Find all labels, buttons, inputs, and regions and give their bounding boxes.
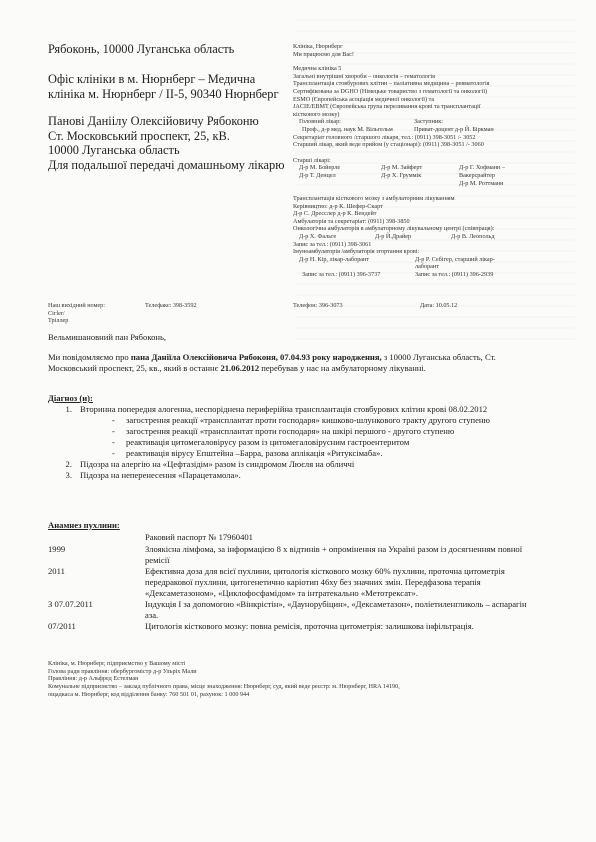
senior-doctor: Д-р Х. Груммік: [381, 172, 459, 180]
immuno-phone-right: Запис за тел.: (0911) 396-2939: [415, 271, 493, 279]
oncology-title: Онкологічна амбулаторія в амбулаторному …: [293, 225, 583, 233]
diagnosis-subitem: -реактивація вірусу Епштейна –Барра, раз…: [48, 448, 538, 459]
immuno-doctor-right-cont: лаборант: [415, 263, 495, 271]
transplant-doctors: Д-р С. Дресслер д-р К. Вендейт: [293, 210, 583, 218]
sender-line: Рябоконь, 10000 Луганська область: [48, 42, 234, 57]
deputy-label: Заступник:: [414, 118, 443, 126]
senior-reception-phone: Старший лікар, який веде прийом (у стаці…: [293, 141, 583, 149]
department-line: кісткового мозку): [293, 111, 583, 119]
history-text: Індукція І за допомогою «Вінкрістін», «Д…: [145, 599, 538, 621]
department-line: Медична клініка 5: [293, 65, 583, 73]
oncology-doctor: Д-р Й.Драйер: [375, 233, 451, 241]
department-info: Медична клініка 5 Загальні внутрішні хво…: [293, 65, 583, 118]
clinic-slogan: Ми працюємо для Вас!: [293, 51, 583, 59]
department-line: ESMO (Європейська асоціація медичної онк…: [293, 96, 583, 104]
chief-names: Проф., д-р мед. наук М. Вільгельм Приват…: [293, 126, 583, 134]
history-text: Злоякісна лімфома, за інформацією 8 х ві…: [145, 544, 538, 566]
diagnosis-number: 1.: [48, 404, 72, 415]
our-number-cont: Тріллер: [48, 317, 108, 325]
dash-bullet-icon: -: [112, 448, 126, 459]
diagnosis-text: Вторинна попередня алогенна, неспоріднен…: [80, 404, 538, 415]
chief-labels: Головний лікар: Заступник:: [293, 118, 583, 126]
recipient-street: Ст. Московський проспект, 25, кВ.: [48, 129, 285, 144]
cancer-passport: Раковий паспорт № 17960401: [145, 532, 253, 543]
diagnosis-number: 2.: [48, 459, 72, 470]
immuno-doctors: Д-р Н. Кір, лікар-лаборант Д-р Р. Себіге…: [293, 256, 583, 271]
diagnosis-text: Підозра на алергію на «Цефтазідім» разом…: [80, 459, 538, 470]
history-date: 07/2011: [48, 621, 145, 632]
footer-line: Правління: д-р Альфред Естелман: [48, 675, 568, 683]
secretariat-phone: Секретаріат головного /старшого лікаря, …: [293, 134, 583, 142]
chief-name: Проф., д-р мед. наук М. Вільгельм: [302, 126, 414, 134]
footer-line: Голова ради правління: обербургомістр д-…: [48, 668, 568, 676]
history-heading: Анамнез пухлини:: [48, 520, 120, 531]
transplant-head: Керівництво: д-р К. Шефер-Скарт: [293, 203, 583, 211]
department-line: JACIE/EBMT (Європейська група переливанн…: [293, 103, 583, 111]
senior-doctor: Д-р М. Роттманн: [459, 180, 505, 188]
diagnosis-subitem-text: реактивація цитомегаловірусу разом із ци…: [126, 437, 538, 448]
oncology-doctor: Д-р Х. Фальге: [299, 233, 375, 241]
office-line-2: клініка м. Нюрнберг / II-5, 90340 Нюрнбе…: [48, 87, 279, 102]
immuno-title: Імуноамбулаторія /амбулаторія згортання …: [293, 248, 583, 256]
recipient-region: 10000 Луганська область: [48, 143, 285, 158]
history-row: 1999Злоякісна лімфома, за інформацією 8 …: [48, 544, 538, 566]
oncology-doctor: Д-р В. Леопольд: [451, 233, 495, 241]
senior-doctor: Д-р М. Зайферт: [381, 164, 459, 172]
history-text: Цитологія кісткового мозку: повна ремісі…: [145, 621, 538, 632]
footer-line: ощадкаса м. Нюрнберг, код відділення бан…: [48, 691, 568, 699]
intro-text: Ми повідомляємо про: [48, 352, 131, 362]
diagnosis-item: 1.Вторинна попередня алогенна, неспорідн…: [48, 404, 538, 415]
diagnosis-subitem-text: загострення реакції «трансплантат проти …: [126, 415, 538, 426]
immuno-phones: Запис за тел.: (0911) 396-3737 Запис за …: [293, 271, 583, 279]
diagnosis-item: 3.Підозра на неперенесення «Парацетамола…: [48, 470, 538, 481]
department-line: Сертифікована за DGHO (Німецьке товарист…: [293, 88, 583, 96]
senior-doctor: Д-р Г. Хофманн –: [459, 164, 505, 172]
oncology-phone: Запис за тел.: (0911) 398-3061: [293, 241, 583, 249]
senior-doctor: Д-р Т. Денцел: [299, 172, 381, 180]
clinic-office-address: Офіс клініки в м. Нюрнберг – Медична клі…: [48, 72, 279, 101]
diagnosis-text: Підозра на неперенесення «Парацетамола».: [80, 470, 538, 481]
intro-text: перебував у нас на амбулаторному лікуван…: [259, 363, 426, 373]
deputy-name: Приват-доцент д-р Й. Біркман: [414, 126, 494, 134]
dash-bullet-icon: -: [112, 437, 126, 448]
history-row: 2011Ефективна доза для всієї пухлини, ци…: [48, 566, 538, 599]
senior-doctors-label: Старші лікарі:: [293, 157, 583, 165]
senior-doctors: Д-р М. Бойерле Д-р Т. Денцел Д-р М. Зайф…: [293, 164, 583, 187]
dash-bullet-icon: -: [112, 415, 126, 426]
last-visit-date: 21.06.2012: [220, 363, 259, 373]
clinic-name: Клініка, Нюрнберг: [293, 43, 583, 51]
diagnosis-list: 1.Вторинна попередня алогенна, неспорідн…: [48, 404, 538, 481]
department-line: Трансплантація стовбурових клітин – палі…: [293, 80, 583, 88]
transplant-title: Трансплантація кісткового мозку з амбула…: [293, 195, 583, 203]
diagnosis-subitem-text: реактивація вірусу Епштейна –Барра, разо…: [126, 448, 538, 459]
intro-paragraph: Ми повідомляємо про пана Даніїла Олексій…: [48, 352, 523, 374]
history-date: 2011: [48, 566, 145, 599]
history-table: 1999Злоякісна лімфома, за інформацією 8 …: [48, 544, 538, 632]
senior-doctor: Вакерсрайтер: [459, 172, 505, 180]
ambulatory-phone: Амбулаторія та секретаріат: (0911) 398-3…: [293, 218, 583, 226]
diagnosis-heading: Діагноз (и):: [48, 393, 93, 404]
diagnosis-subitem: -реактивація цитомегаловірусу разом із ц…: [48, 437, 538, 448]
oncology-doctors: Д-р Х. Фальге Д-р Й.Драйер Д-р В. Леопол…: [293, 233, 583, 241]
salutation: Вельмишановний пан Рябоконь,: [48, 332, 166, 343]
footer-line: Клініка, м. Нюрнберг, підприємство у Ваш…: [48, 660, 568, 668]
clinic-letterhead: Клініка, Нюрнберг Ми працюємо для Вас! М…: [293, 43, 583, 279]
diagnosis-subitem-text: загострення реакції «трансплантат проти …: [126, 426, 538, 437]
chief-label: Головний лікар:: [299, 118, 414, 126]
dash-bullet-icon: -: [112, 426, 126, 437]
history-date: З 07.07.2011: [48, 599, 145, 621]
diagnosis-subitem: -загострення реакції «трансплантат проти…: [48, 426, 538, 437]
immuno-doctor-right: Д-р Р. Себігер, старший лікар-: [415, 256, 495, 264]
diagnosis-subitem: -загострення реакції «трансплантат проти…: [48, 415, 538, 426]
department-line: Загальні внутрішні хвороби – онкологія –…: [293, 73, 583, 81]
senior-doctor: Д-р М. Бойерле: [299, 164, 381, 172]
phone-number: Телефон: 396-3073: [293, 302, 343, 310]
immuno-phone-left: Запис за тел.: (0911) 396-3737: [302, 271, 415, 279]
letter-date: Дата: 10.05.12: [420, 302, 457, 310]
recipient-name: Панові Даніілу Олексійовичу Рябоконю: [48, 114, 285, 129]
patient-name-dob: пана Даніїла Олексійовича Рябоконя, 07.0…: [131, 352, 382, 362]
immuno-doctor-left: Д-р Н. Кір, лікар-лаборант: [299, 256, 415, 271]
diagnosis-number: 3.: [48, 470, 72, 481]
history-text: Ефективна доза для всієї пухлини, цитоло…: [145, 566, 538, 599]
diagnosis-item: 2.Підозра на алергію на «Цефтазідім» раз…: [48, 459, 538, 470]
history-row: 07/2011Цитологія кісткового мозку: повна…: [48, 621, 538, 632]
office-line-1: Офіс клініки в м. Нюрнберг – Медична: [48, 72, 279, 87]
recipient-note: Для подальшої передачі домашньому лікарю: [48, 158, 285, 173]
our-reference-number: Наш вихідний номер: Сігler/ Тріллер: [48, 302, 108, 325]
fax-number: Телефакс: 398-3592: [145, 302, 197, 310]
history-row: З 07.07.2011Індукція І за допомогою «Він…: [48, 599, 538, 621]
footer-line: Комунальне підприємство – заклад публічн…: [48, 683, 568, 691]
clinic-footer: Клініка, м. Нюрнберг, підприємство у Ваш…: [48, 660, 568, 699]
our-number: Наш вихідний номер: Сігler/: [48, 302, 108, 317]
recipient-address: Панові Даніілу Олексійовичу Рябоконю Ст.…: [48, 114, 285, 172]
history-date: 1999: [48, 544, 145, 566]
